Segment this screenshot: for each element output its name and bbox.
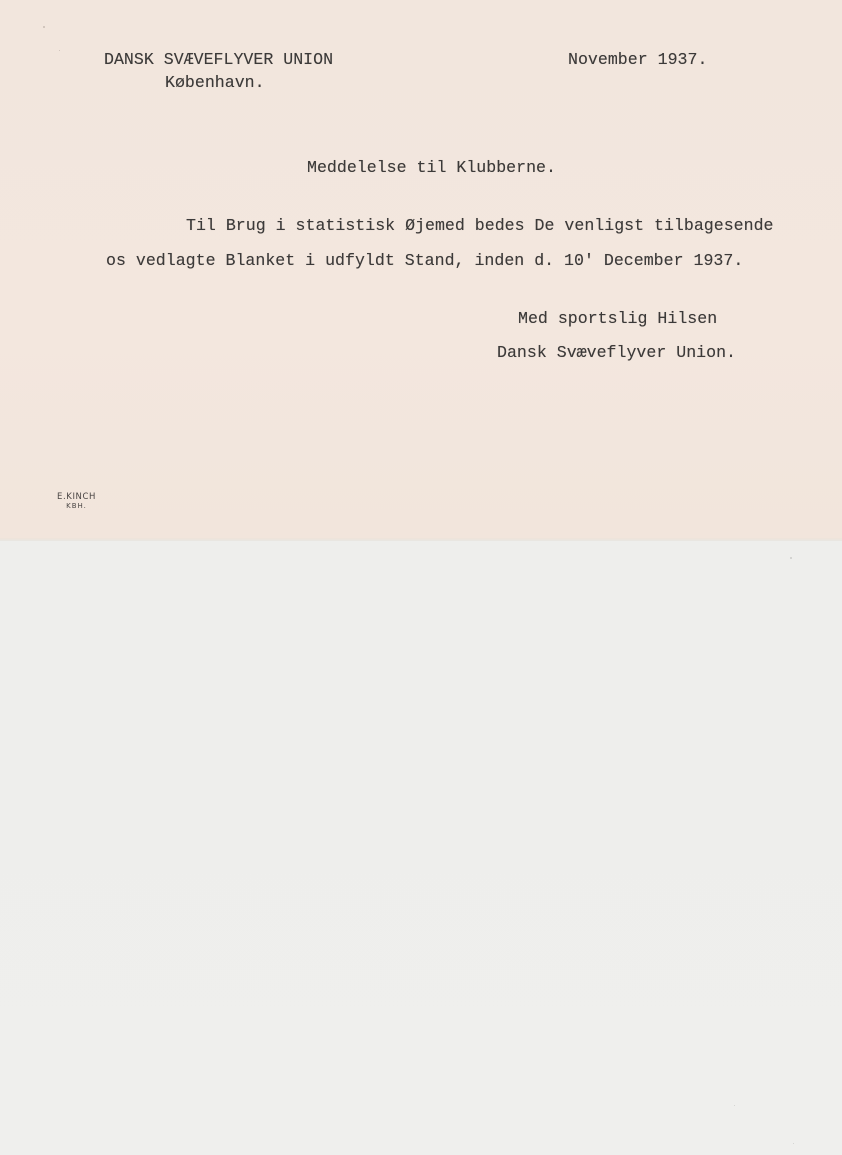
letter-closing: Med sportslig Hilsen xyxy=(518,311,717,328)
body-line: Til Brug i statistisk Øjemed bedes De ve… xyxy=(186,218,774,235)
letter-subject: Meddelelse til Klubberne. xyxy=(307,160,556,177)
scanner-speck xyxy=(734,1105,735,1106)
letter-date: November 1937. xyxy=(568,52,707,69)
printer-city: KBH. xyxy=(57,502,96,511)
letter-sheet: DANSK SVÆVEFLYVER UNION København. Novem… xyxy=(0,0,842,540)
printer-name: E.KINCH xyxy=(57,493,96,502)
letterhead-city: København. xyxy=(165,75,265,92)
paper-speck xyxy=(43,26,45,28)
paper-speck xyxy=(59,50,60,51)
scanner-speck xyxy=(790,557,792,559)
body-line: os vedlagte Blanket i udfyldt Stand, ind… xyxy=(106,253,743,270)
letterhead-organization: DANSK SVÆVEFLYVER UNION xyxy=(104,52,333,69)
scanner-speck xyxy=(793,1143,794,1144)
paper-edge xyxy=(0,538,842,541)
printer-mark: E.KINCH KBH. xyxy=(57,493,96,511)
letter-signature: Dansk Svæveflyver Union. xyxy=(497,345,736,362)
